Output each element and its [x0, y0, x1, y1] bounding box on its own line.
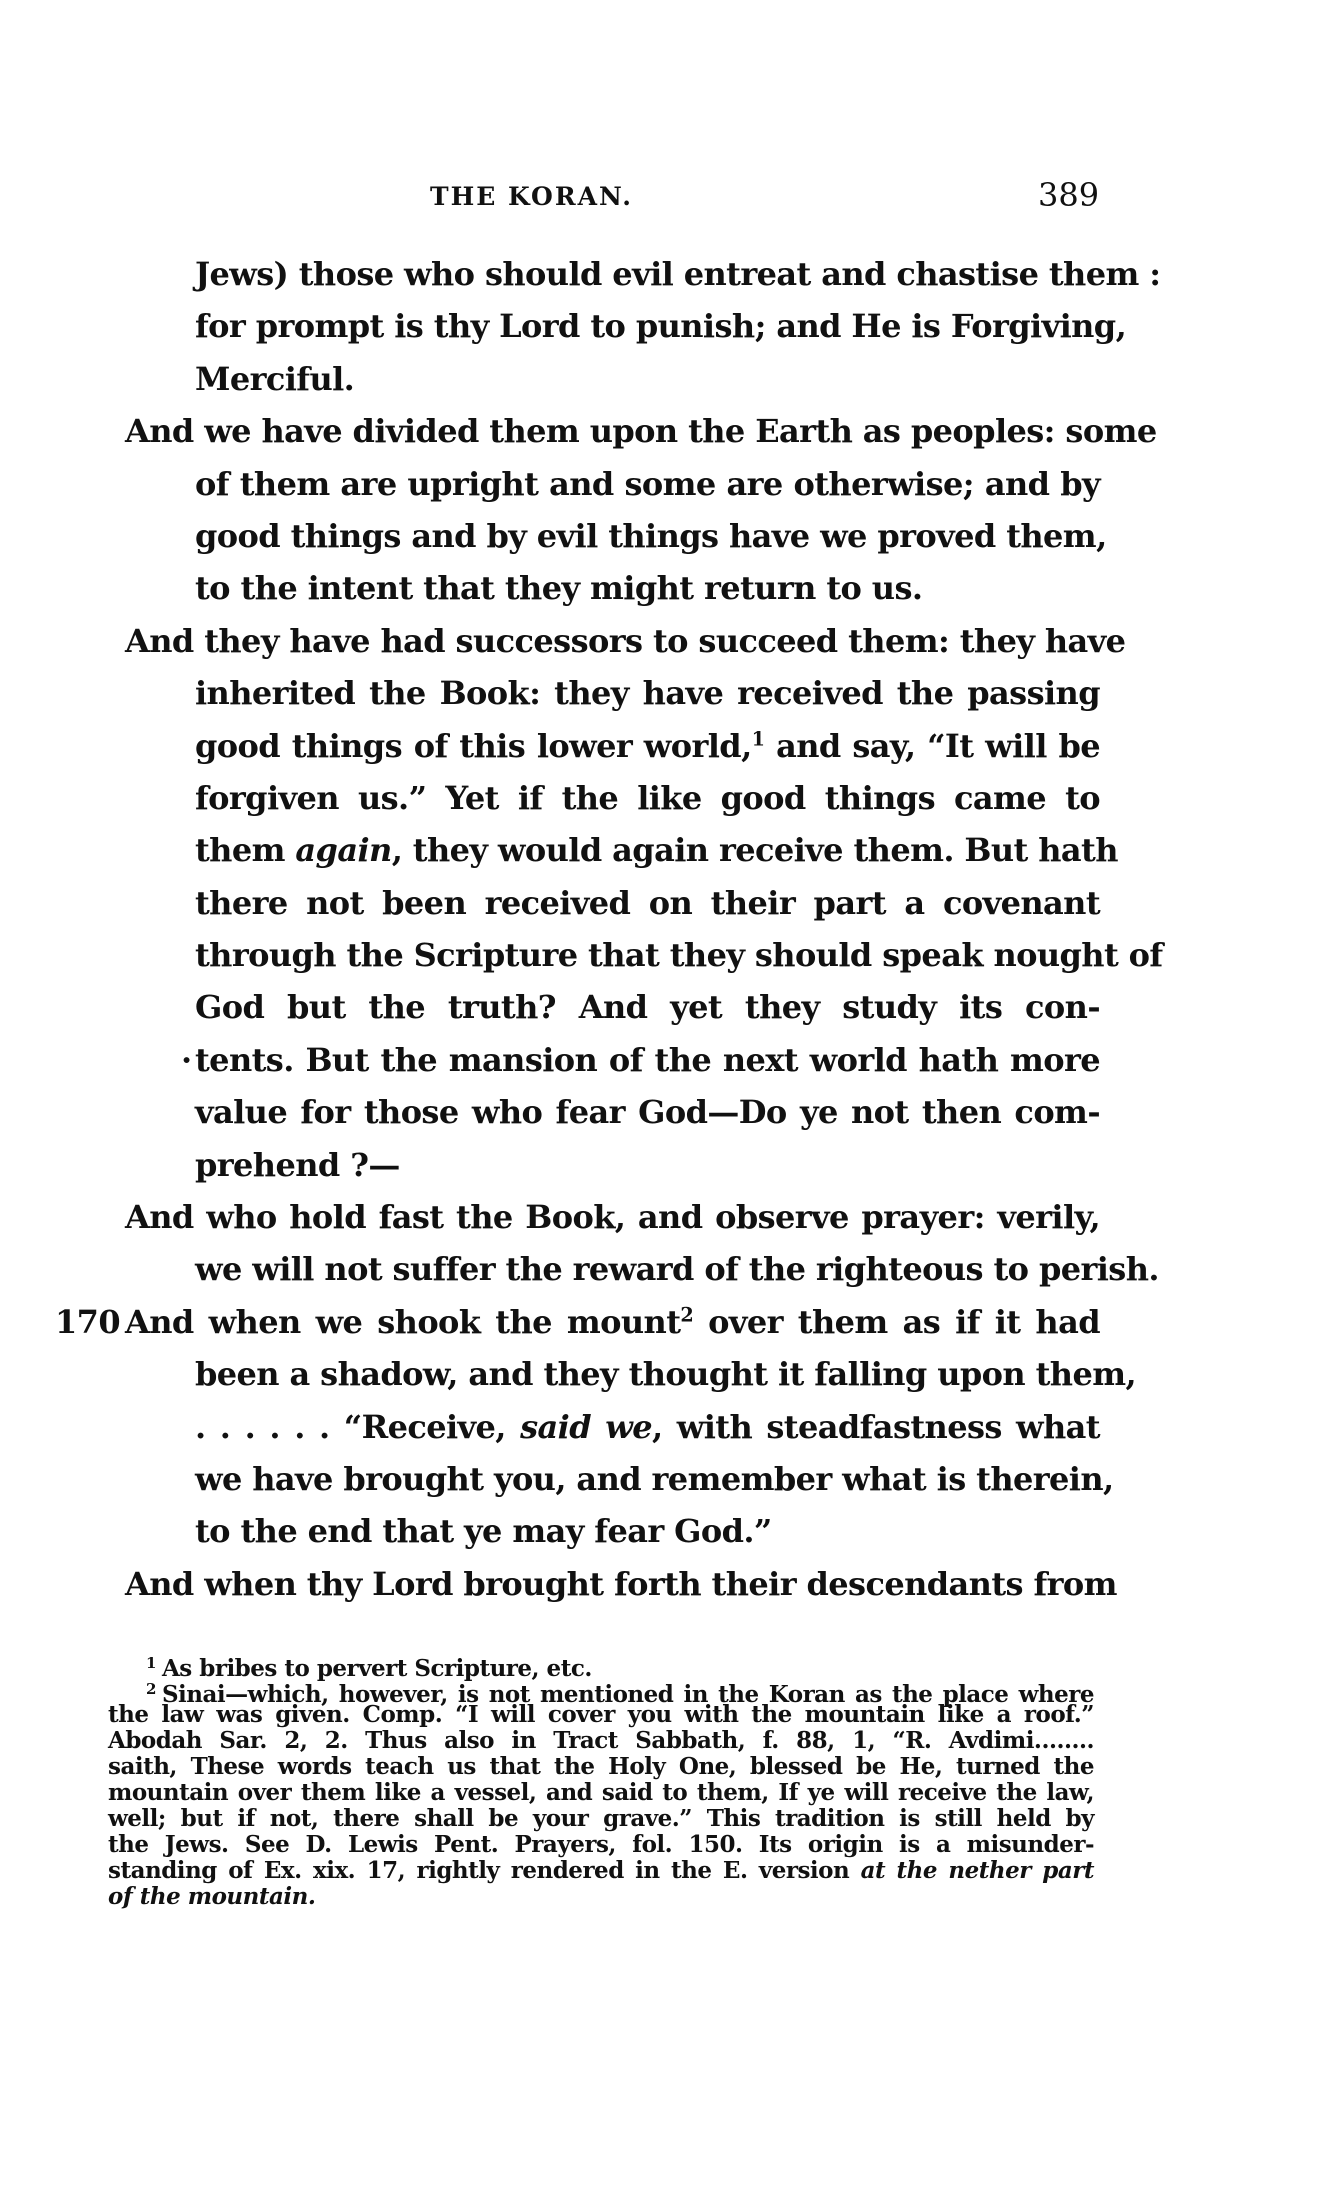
- footnote-ref-2[interactable]: 2: [680, 1303, 693, 1326]
- footnote-line: standing of Ex. xix. 17, rightly rendere…: [108, 1858, 1094, 1884]
- footnote-line: Abodah Sar. 2, 2. Thus also in Tract Sab…: [108, 1728, 1094, 1754]
- footnote-2: 2Sinai—which, however, is not mentioned …: [108, 1676, 1094, 1702]
- text-line: for prompt is thy Lord to punish; and He…: [125, 300, 1100, 352]
- text-line: been a shadow, and they thought it falli…: [125, 1348, 1100, 1400]
- text-line: . . . . . . “Receive, said we, with stea…: [125, 1401, 1100, 1453]
- text-line: good things of this lower world,1 and sa…: [125, 720, 1100, 772]
- text-line: to the intent that they might return to …: [125, 562, 1100, 614]
- text-line: prehend ?—: [125, 1139, 1100, 1191]
- text-line: to the end that ye may fear God.”: [125, 1505, 1100, 1557]
- text-line: through the Scripture that they should s…: [125, 929, 1100, 981]
- italic-emphasis: again: [295, 831, 391, 869]
- footnote-mark: 1: [146, 1654, 156, 1672]
- footnotes: 1As bribes to pervert Scripture, etc. 2S…: [108, 1650, 1094, 1910]
- page-number: 389: [1038, 176, 1099, 214]
- footnote-line: mountain over them like a vessel, and sa…: [108, 1780, 1094, 1806]
- footnote-line: the Jews. See D. Lewis Pent. Prayers, fo…: [108, 1832, 1094, 1858]
- text-line: we will not suffer the reward of the rig…: [125, 1243, 1100, 1295]
- margin-mark: ·: [181, 1034, 192, 1086]
- footnote-mark: 2: [146, 1680, 156, 1698]
- running-head: THE KORAN.: [430, 182, 633, 211]
- verse-number: 170: [55, 1296, 120, 1348]
- footnote-ref-1[interactable]: 1: [752, 727, 765, 750]
- text-line: we have brought you, and remember what i…: [125, 1453, 1100, 1505]
- verse-start-line: And when thy Lord brought forth their de…: [125, 1558, 1100, 1610]
- text-line: Jews) those who should evil entreat and …: [125, 248, 1100, 300]
- text-line: of them are upright and some are otherwi…: [125, 458, 1100, 510]
- text-line: Merciful.: [125, 353, 1100, 405]
- footnote-line: of the mountain.: [108, 1884, 1094, 1910]
- footnote-line: well; but if not, there shall be your gr…: [108, 1806, 1094, 1832]
- footnote-1: 1As bribes to pervert Scripture, etc.: [108, 1650, 1094, 1676]
- italic-emphasis: said we: [520, 1408, 652, 1446]
- book-page: THE KORAN. 389 Jews) those who should ev…: [0, 0, 1332, 2193]
- text-line: inherited the Book: they have received t…: [125, 667, 1100, 719]
- verse-start-line: And we have divided them upon the Earth …: [125, 405, 1100, 457]
- footnote-line: the law was given. Comp. “I will cover y…: [108, 1702, 1094, 1728]
- text-line: forgiven us.” Yet if the like good thing…: [125, 772, 1100, 824]
- text-line: good things and by evil things have we p…: [125, 510, 1100, 562]
- text-line: there not been received on their part a …: [125, 877, 1100, 929]
- verse-start-line: And who hold fast the Book, and observe …: [125, 1191, 1100, 1243]
- italic-emphasis: of the mountain.: [108, 1883, 315, 1910]
- footnote-line: saith, These words teach us that the Hol…: [108, 1754, 1094, 1780]
- text-line: them again, they would again receive the…: [125, 824, 1100, 876]
- italic-emphasis: at the nether part: [861, 1857, 1094, 1884]
- text-line: God but the truth? And yet they study it…: [125, 981, 1100, 1033]
- text-line: value for those who fear God—Do ye not t…: [125, 1086, 1100, 1138]
- verse-start-line: 170And when we shook the mount2 over the…: [125, 1296, 1100, 1348]
- text-line: ·tents. But the mansion of the next worl…: [125, 1034, 1100, 1086]
- main-text: Jews) those who should evil entreat and …: [125, 248, 1100, 1610]
- verse-start-line: And they have had successors to succeed …: [125, 615, 1100, 667]
